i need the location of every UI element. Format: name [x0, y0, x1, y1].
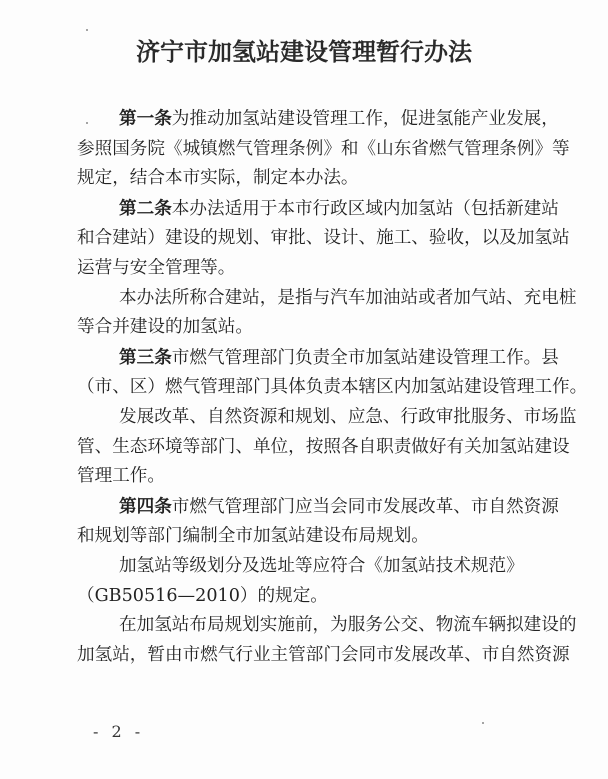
body-line: 和规划等部门编制全市加氢站建设布局规划。 [77, 522, 527, 552]
line-text: 运营与安全管理等。 [77, 258, 235, 278]
line-text: 发展改革、自然资源和规划、应急、行政审批服务、市场监 [119, 407, 576, 427]
line-text: （市、区）燃气管理部门具体负责本辖区内加氢站建设管理工作。 [77, 377, 587, 397]
line-text: 和合建站）建设的规划、审批、设计、施工、验收，以及加氢站 [77, 228, 570, 248]
body-line: 第三条市燃气管理部门负责全市加氢站建设管理工作。县 [77, 343, 527, 374]
body-line: 参照国务院《城镇燃气管理条例》和《山东省燃气管理条例》等 [77, 135, 527, 165]
body-line: 第四条市燃气管理部门应当会同市发展改革、市自然资源 [77, 492, 527, 523]
body-line: 管理工作。 [77, 462, 527, 492]
article-heading: 第二条 [119, 198, 172, 219]
document-body: 第一条为推动加氢站建设管理工作，促进氢能产业发展， 参照国务院《城镇燃气管理条例… [77, 104, 527, 670]
body-line: 发展改革、自然资源和规划、应急、行政审批服务、市场监 [77, 403, 527, 433]
article-heading: 第一条 [119, 108, 172, 129]
line-text: 本办法所称合建站，是指与汽车加油站或者加气站、充电桩 [119, 288, 576, 308]
body-line: 加氢站等级划分及选址等应符合《加氢站技术规范》 [77, 552, 527, 582]
scan-speck [86, 122, 88, 124]
line-text: 在加氢站布局规划实施前，为服务公交、物流车辆拟建设的 [119, 615, 576, 635]
line-text: 等合并建设的加氢站。 [77, 317, 253, 337]
line-text: 管、生态环境等部门、单位，按照各自职责做好有关加氢站建设 [77, 437, 570, 457]
body-line: 本办法所称合建站，是指与汽车加油站或者加气站、充电桩 [77, 284, 527, 314]
line-text: 加氢站等级划分及选址等应符合《加氢站技术规范》 [119, 556, 524, 576]
document-title: 济宁市加氢站建设管理暂行办法 [0, 36, 608, 68]
line-text: 本办法适用于本市行政区域内加氢站（包括新建站 [172, 199, 559, 219]
line-text: 市燃气管理部门应当会同市发展改革、市自然资源 [172, 497, 559, 517]
line-text: 加氢站，暂由市燃气行业主管部门会同市发展改革、市自然资源 [77, 645, 570, 665]
body-line: 和合建站）建设的规划、审批、设计、施工、验收，以及加氢站 [77, 224, 527, 254]
line-text: 和规划等部门编制全市加氢站建设布局规划。 [77, 526, 429, 546]
scan-speck [86, 29, 88, 31]
body-line: 运营与安全管理等。 [77, 254, 527, 284]
body-line: 在加氢站布局规划实施前，为服务公交、物流车辆拟建设的 [77, 611, 527, 641]
line-text: （GB50516—2010）的规定。 [77, 586, 328, 606]
body-line: 管、生态环境等部门、单位，按照各自职责做好有关加氢站建设 [77, 433, 527, 463]
body-line: （GB50516—2010）的规定。 [77, 582, 527, 612]
article-heading: 第三条 [119, 347, 172, 368]
body-line: （市、区）燃气管理部门具体负责本辖区内加氢站建设管理工作。 [77, 373, 527, 403]
line-text: 为推动加氢站建设管理工作，促进氢能产业发展， [172, 109, 559, 129]
document-page: 济宁市加氢站建设管理暂行办法 第一条为推动加氢站建设管理工作，促进氢能产业发展，… [0, 0, 608, 779]
body-line: 第二条本办法适用于本市行政区域内加氢站（包括新建站 [77, 194, 527, 225]
body-line: 加氢站，暂由市燃气行业主管部门会同市发展改革、市自然资源 [77, 641, 527, 671]
body-line: 等合并建设的加氢站。 [77, 313, 527, 343]
line-text: 管理工作。 [77, 466, 165, 486]
page-number: - 2 - [93, 722, 144, 741]
line-text: 参照国务院《城镇燃气管理条例》和《山东省燃气管理条例》等 [77, 139, 570, 159]
scan-speck [482, 722, 484, 724]
body-line: 第一条为推动加氢站建设管理工作，促进氢能产业发展， [77, 104, 527, 135]
body-line: 规定，结合本市实际，制定本办法。 [77, 164, 527, 194]
line-text: 规定，结合本市实际，制定本办法。 [77, 168, 359, 188]
line-text: 市燃气管理部门负责全市加氢站建设管理工作。县 [172, 348, 559, 368]
article-heading: 第四条 [119, 496, 172, 517]
